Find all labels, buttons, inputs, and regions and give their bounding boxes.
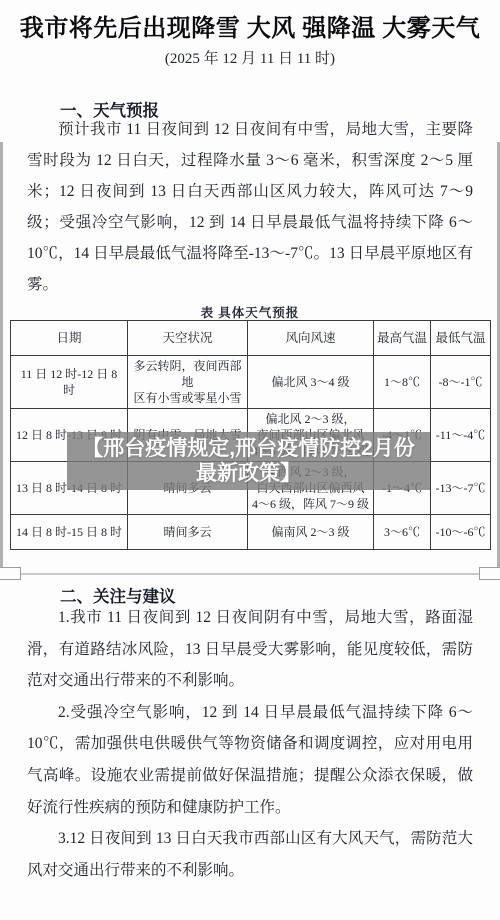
cell-low-temp: -10～-6℃	[431, 515, 491, 550]
forecast-paragraph-block: 预计我市 11 日夜间到 12 日夜间有中雪，局地大雪，主要降雪时段为 12 日…	[27, 114, 473, 300]
document-title: 我市将先后出现降雪 大风 强降温 大雾天气	[0, 8, 500, 43]
advice-paragraph: 3.12 日夜间到 13 日白天我市西部山区有大风天气，需防范大风对交通出行带来…	[27, 823, 473, 886]
cell-high-temp: 3～6℃	[374, 515, 431, 550]
advice-paragraph: 2.受强冷空气影响，12 到 14 日早晨最低气温持续下降 6～10℃，需加强供…	[27, 697, 473, 823]
page-break-corner-right	[479, 567, 500, 580]
cell-sky: 晴间多云	[128, 515, 248, 550]
watermark-overlay: 【邢台疫情规定,邢台疫情防控2月份 最新政策】	[67, 432, 430, 490]
document-page: 我市将先后出现降雪 大风 强降温 大雾天气 (2025 年 12 月 11 日 …	[0, 0, 500, 920]
cell-low-temp: -8～-1℃	[431, 356, 491, 409]
cell-high-temp: 1～8℃	[374, 356, 431, 409]
advice-paragraphs-block: 1.我市 11 日夜间到 12 日夜间阴有中雪，局地大雪，路面湿滑，有道路结冰风…	[27, 602, 473, 886]
col-header-low-temp: 最低气温	[431, 321, 491, 356]
table-row: 11 日 12 时-12 日 8 时 多云转阴，夜间西部地 区有小雪或零星小雪 …	[11, 356, 491, 409]
watermark-text-line2: 最新政策】	[196, 461, 301, 486]
cell-wind: 偏南风 2～3 级	[248, 515, 374, 550]
cell-date: 14 日 8 时-15 日 8 时	[11, 515, 128, 550]
table-header-row: 日期 天空状况 风向风速 最高气温 最低气温	[11, 321, 491, 356]
table-row: 14 日 8 时-15 日 8 时 晴间多云 偏南风 2～3 级 3～6℃ -1…	[11, 515, 491, 550]
watermark-text-line1: 【邢台疫情规定,邢台疫情防控2月份	[82, 436, 415, 461]
forecast-paragraph: 预计我市 11 日夜间到 12 日夜间有中雪，局地大雪，主要降雪时段为 12 日…	[27, 114, 473, 300]
page-break-corner-left	[0, 567, 21, 580]
col-header-date: 日期	[11, 321, 128, 356]
page-edge-left	[0, 142, 3, 570]
col-header-high-temp: 最高气温	[374, 321, 431, 356]
cell-low-temp: -13～-7℃	[431, 462, 491, 515]
cell-sky: 多云转阴，夜间西部地 区有小雪或零星小雪	[128, 356, 248, 409]
issue-datetime: (2025 年 12 月 11 日 11 时)	[0, 47, 500, 68]
col-header-sky: 天空状况	[128, 321, 248, 356]
advice-paragraph: 1.我市 11 日夜间到 12 日夜间阴有中雪，局地大雪，路面湿滑，有道路结冰风…	[27, 602, 473, 697]
col-header-wind: 风向风速	[248, 321, 374, 356]
table-caption: 表 具体天气预报	[0, 303, 500, 321]
cell-wind: 偏北风 3～4 级	[248, 356, 374, 409]
cell-date: 11 日 12 时-12 日 8 时	[11, 356, 128, 409]
cell-low-temp: -11～-4℃	[431, 409, 491, 462]
page-break-divider	[0, 573, 500, 575]
